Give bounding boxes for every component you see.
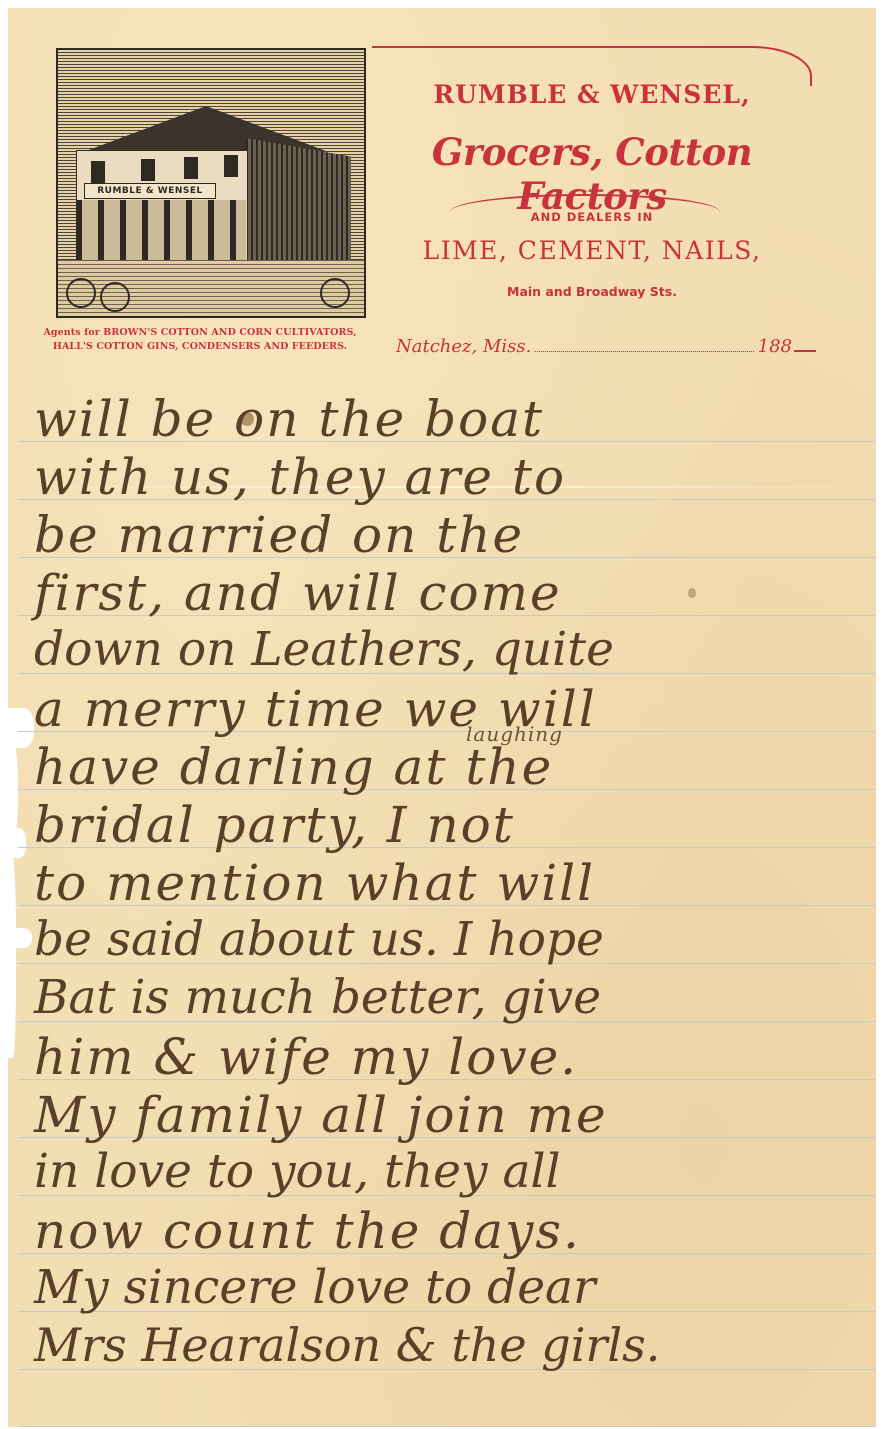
engraving-window <box>222 153 240 179</box>
letter-line: him & wife my love. <box>34 1032 864 1082</box>
date-blank-dots <box>535 337 753 352</box>
letter-line: My sincere love to dear <box>34 1264 864 1311</box>
letter-line: in love to you, they all <box>34 1148 864 1195</box>
letter-line: will be on the boat <box>34 394 864 444</box>
dateline: Natchez, Miss. 188 <box>396 336 816 360</box>
dealers-label: AND DEALERS IN <box>372 210 812 224</box>
engraving-roof <box>86 106 326 151</box>
year-blank <box>794 350 816 352</box>
torn-edge <box>8 858 16 1058</box>
torn-edge <box>8 746 18 836</box>
agents-note-line-1: Agents for BROWN'S COTTON AND CORN CULTI… <box>30 326 370 340</box>
torn-edge <box>8 828 26 858</box>
goods-list: LIME, CEMENT, NAILS, <box>372 236 812 265</box>
dateline-year: 188 <box>758 336 792 357</box>
agents-note: Agents for BROWN'S COTTON AND CORN CULTI… <box>30 326 370 354</box>
letter-line: to mention what will <box>34 858 864 908</box>
letter-line: be married on the <box>34 510 864 560</box>
ruled-line <box>18 1426 876 1427</box>
letter-line: Mrs Hearalson & the girls. <box>34 1322 864 1368</box>
street-address: Main and Broadway Sts. <box>372 284 812 299</box>
engraving-porch-columns <box>76 200 246 260</box>
letter-line: first, and will come <box>34 568 864 618</box>
dateline-place: Natchez, Miss. <box>396 336 531 357</box>
agents-note-line-2: HALL'S COTTON GINS, CONDENSERS AND FEEDE… <box>30 340 370 354</box>
firm-name: RUMBLE & WENSEL, <box>372 80 812 109</box>
wagon-wheel-icon <box>320 278 350 308</box>
letter-line: now count the days. <box>34 1206 864 1256</box>
engraving-window <box>89 159 107 185</box>
engraving-window <box>182 155 200 181</box>
letter-line: Bat is much better, give <box>34 974 864 1021</box>
letter-line: a merry time we will <box>34 684 864 734</box>
store-engraving: RUMBLE & WENSEL <box>56 48 366 318</box>
torn-edge <box>8 708 34 748</box>
letter-line: down on Leathers, quite <box>34 626 864 673</box>
letter-line: bridal party, I not <box>34 800 864 850</box>
letter-line: My family all join me <box>34 1090 864 1140</box>
wagon-wheel-icon <box>100 282 130 312</box>
letter-line: be said about us. I hope <box>34 916 864 963</box>
engraving-store-sign: RUMBLE & WENSEL <box>84 183 216 199</box>
letter-line: with us, they are to <box>34 452 864 502</box>
wagon-wheel-icon <box>66 278 96 308</box>
engraving-window <box>139 157 157 183</box>
letter-line: have darling at the <box>34 742 864 792</box>
torn-edge <box>8 928 32 948</box>
